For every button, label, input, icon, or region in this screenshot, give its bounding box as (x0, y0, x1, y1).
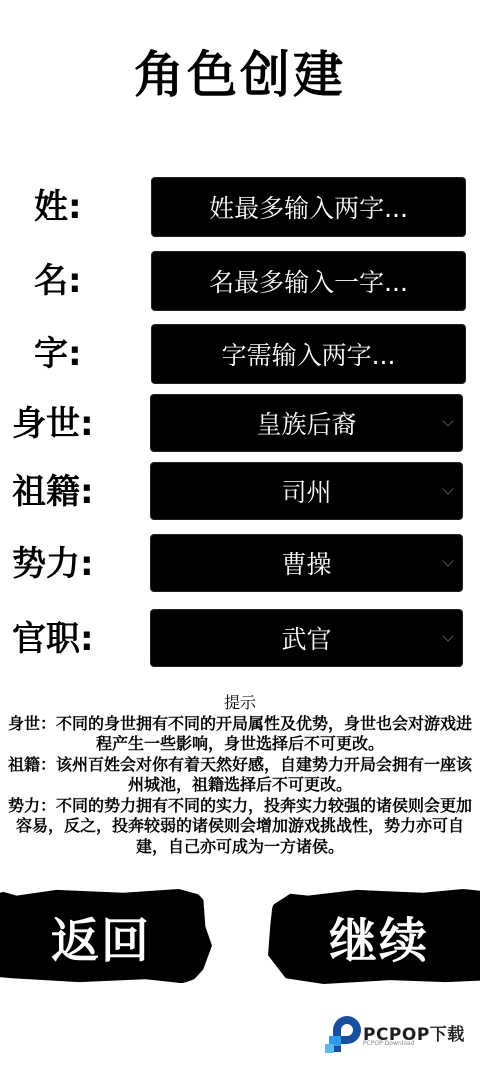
courtesy-name-row: 字: 字需输入两字... (0, 324, 480, 384)
hometown-select[interactable]: 司州 (150, 462, 463, 520)
background-label: 身世: (12, 394, 94, 454)
tip-hometown: 祖籍：该州百姓会对你有着天然好感，自建势力开局会拥有一座该州城池，祖籍选择后不可… (8, 755, 472, 796)
tips-title: 提示 (8, 693, 472, 714)
hometown-row: 祖籍: 司州 (0, 462, 480, 522)
background-select[interactable]: 皇族后裔 (150, 394, 463, 452)
background-row: 身世: 皇族后裔 (0, 394, 480, 454)
surname-label: 姓: (34, 177, 82, 237)
chevron-down-icon (442, 415, 453, 426)
tip-faction: 势力：不同的势力拥有不同的实力，投奔实力较强的诸侯则会更加容易，反之，投奔较弱的… (8, 796, 472, 858)
office-label: 官职: (12, 609, 94, 669)
tip-background: 身世：不同的身世拥有不同的开局属性及优势，身世也会对游戏进程产生一些影响，身世选… (8, 714, 472, 755)
watermark-subtext: PCPOP Download (363, 1040, 415, 1047)
continue-button-label: 继续 (329, 902, 429, 971)
surname-input[interactable]: 姓最多输入两字... (151, 177, 466, 237)
page-title: 角色创建 (0, 40, 480, 110)
office-row: 官职: 武官 (0, 609, 480, 669)
courtesy-name-placeholder: 字需输入两字... (222, 336, 396, 372)
courtesy-name-label: 字: (34, 324, 82, 384)
office-value: 武官 (281, 620, 331, 656)
surname-row: 姓: 姓最多输入两字... (0, 177, 480, 237)
watermark: PCPOP下载 PCPOP Download (325, 1014, 475, 1054)
chevron-down-icon (442, 630, 453, 641)
faction-row: 势力: 曹操 (0, 534, 480, 594)
continue-button[interactable]: 继续 (268, 888, 480, 984)
back-button[interactable]: 返回 (0, 888, 212, 984)
given-name-label: 名: (34, 251, 82, 311)
surname-placeholder: 姓最多输入两字... (209, 189, 408, 225)
hometown-label: 祖籍: (12, 462, 94, 522)
back-button-label: 返回 (51, 902, 151, 971)
chevron-down-icon (442, 483, 453, 494)
background-value: 皇族后裔 (256, 405, 356, 441)
given-name-placeholder: 名最多输入一字... (209, 263, 408, 299)
faction-label: 势力: (12, 534, 94, 594)
pcpop-logo-icon (325, 1014, 361, 1054)
hometown-value: 司州 (281, 473, 331, 509)
given-name-input[interactable]: 名最多输入一字... (151, 251, 466, 311)
faction-select[interactable]: 曹操 (150, 534, 463, 592)
courtesy-name-input[interactable]: 字需输入两字... (151, 324, 466, 384)
office-select[interactable]: 武官 (150, 609, 463, 667)
given-name-row: 名: 名最多输入一字... (0, 251, 480, 311)
faction-value: 曹操 (281, 545, 331, 581)
tips-panel: 提示 身世：不同的身世拥有不同的开局属性及优势，身世也会对游戏进程产生一些影响，… (8, 693, 472, 857)
chevron-down-icon (442, 555, 453, 566)
